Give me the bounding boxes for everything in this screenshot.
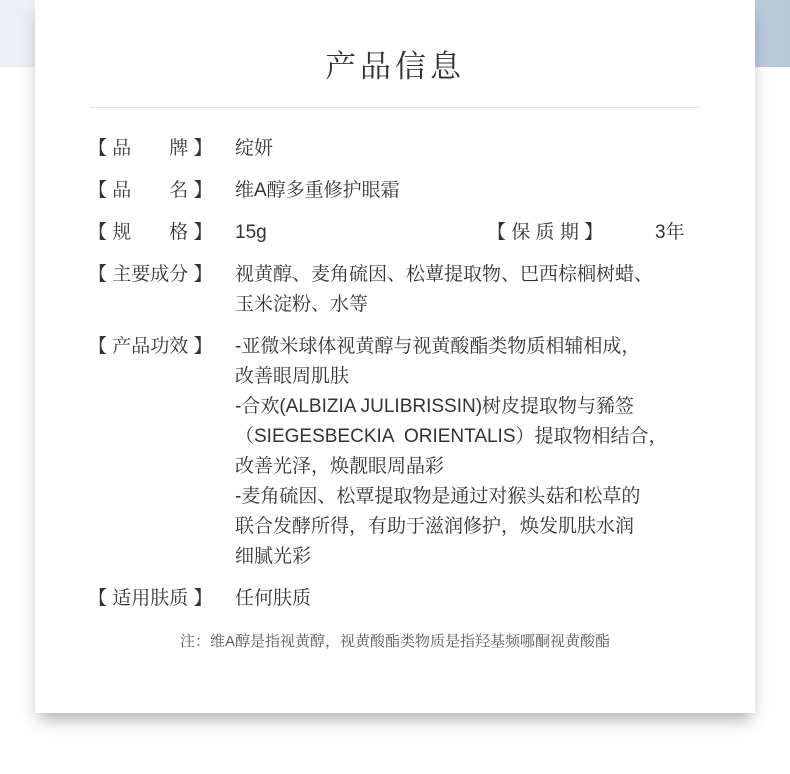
shelf-life-label: 【 保 质 期 】 (487, 218, 647, 248)
shelf-life-value: 3年 (647, 218, 685, 248)
info-rows: 【 品 牌 】 绽妍 【 品 名 】 维A醇多重修护眼霜 【 规 格 】 15g… (35, 108, 755, 614)
spec-shelf-life-row: 【 规 格 】 15g 【 保 质 期 】 3年 (88, 218, 727, 248)
skin-type-label: 【 适用肤质 】 (88, 584, 235, 614)
product-name-label: 【 品 名 】 (88, 176, 235, 206)
brand-row: 【 品 牌 】 绽妍 (88, 134, 727, 164)
product-name-value: 维A醇多重修护眼霜 (235, 176, 727, 206)
spec-label: 【 规 格 】 (88, 218, 235, 248)
ingredients-value: 视黄醇、麦角硫因、松蕈提取物、巴西棕榈树蜡、 玉米淀粉、水等 (235, 260, 727, 320)
efficacy-row: 【 产品功效 】 -亚微米球体视黄醇与视黄酸酯类物质相辅相成， 改善眼周肌肤 -… (88, 332, 727, 572)
skin-type-row: 【 适用肤质 】 任何肤质 (88, 584, 727, 614)
skin-type-value: 任何肤质 (235, 584, 727, 614)
brand-value: 绽妍 (235, 134, 727, 164)
spec-value: 15g (235, 218, 487, 248)
brand-label: 【 品 牌 】 (88, 134, 235, 164)
efficacy-value: -亚微米球体视黄醇与视黄酸酯类物质相辅相成， 改善眼周肌肤 -合欢(ALBIZI… (235, 332, 727, 572)
ingredients-label: 【 主要成分 】 (88, 260, 235, 290)
efficacy-label: 【 产品功效 】 (88, 332, 235, 362)
product-name-row: 【 品 名 】 维A醇多重修护眼霜 (88, 176, 727, 206)
footnote-text: 注：维A醇是指视黄醇，视黄酸酯类物质是指羟基频哪酮视黄酸酯 (35, 632, 755, 652)
product-info-card: 产品信息 【 品 牌 】 绽妍 【 品 名 】 维A醇多重修护眼霜 【 规 格 … (35, 0, 755, 713)
page-title: 产品信息 (35, 0, 755, 86)
ingredients-row: 【 主要成分 】 视黄醇、麦角硫因、松蕈提取物、巴西棕榈树蜡、 玉米淀粉、水等 (88, 260, 727, 320)
